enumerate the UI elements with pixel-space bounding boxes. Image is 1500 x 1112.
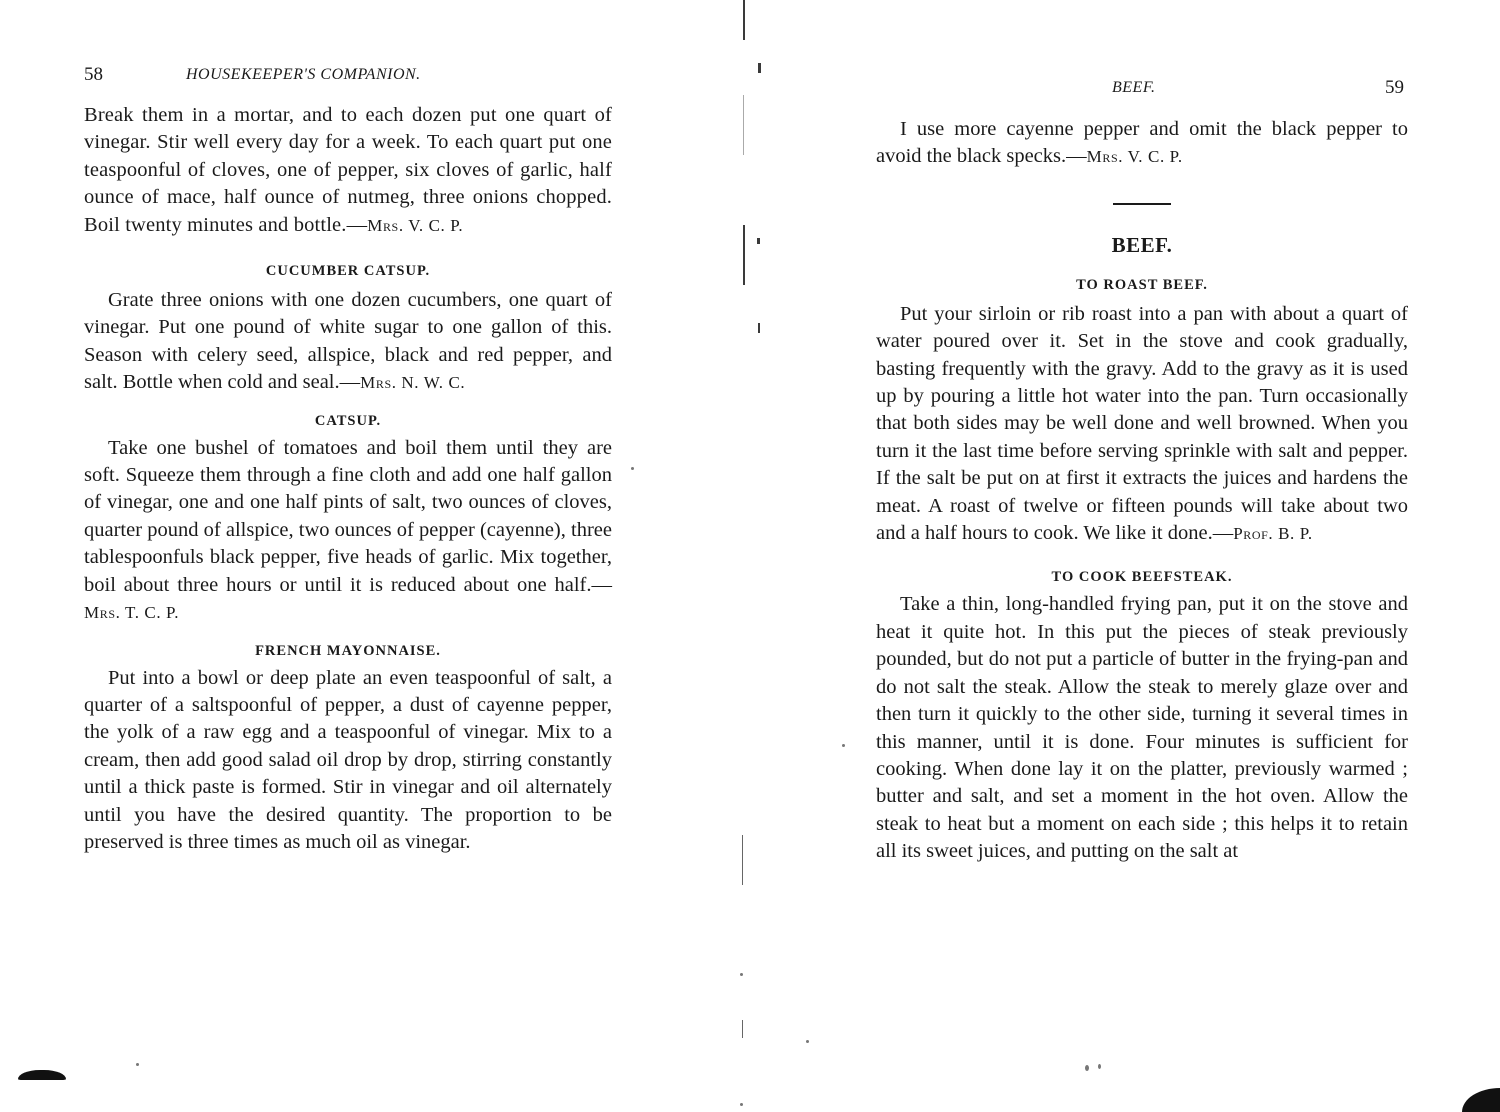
section-title: BEEF. (876, 231, 1408, 259)
recipe-paragraph: Put your sirloin or rib roast into a pan… (876, 301, 1408, 548)
gutter-line-mark (742, 835, 743, 885)
continued-paragraph: I use more cayenne pepper and omit the b… (876, 116, 1408, 171)
recipe-title: Catsup. (84, 411, 612, 431)
scan-speck (136, 1063, 139, 1066)
gutter-line-mark (758, 323, 760, 333)
gutter-line-mark (742, 1020, 743, 1038)
scan-speck (1098, 1064, 1101, 1069)
recipe-title: To Roast Beef. (876, 275, 1408, 295)
paragraph-text: Grate three onions with one dozen cucumb… (84, 289, 612, 393)
scan-speck (806, 1040, 809, 1043)
signature: Mrs. N. W. C. (360, 373, 465, 392)
signature: Mrs. V. C. P. (1087, 147, 1183, 166)
recipe-paragraph: Take a thin, long-handled frying pan, pu… (876, 591, 1408, 865)
paragraph-text: Break them in a mortar, and to each doze… (84, 104, 612, 236)
recipe-title: To Cook Beefsteak. (876, 567, 1408, 587)
page-number: 59 (1385, 76, 1404, 100)
scan-speck (1085, 1065, 1089, 1071)
paragraph-text: Take a thin, long-handled frying pan, pu… (876, 593, 1408, 862)
gutter-line-mark (743, 0, 745, 40)
gutter-line-mark (743, 225, 745, 285)
running-head-title: HOUSEKEEPER'S COMPANION. (186, 63, 421, 87)
running-head: 58 HOUSEKEEPER'S COMPANION. (84, 63, 612, 87)
gutter-line-mark (758, 63, 761, 73)
signature: Prof. B. P. (1233, 524, 1313, 543)
continued-paragraph: Break them in a mortar, and to each doze… (84, 102, 612, 239)
paragraph-text: Take one bushel of tomatoes and boil the… (84, 437, 612, 596)
page-body: I use more cayenne pepper and omit the b… (876, 116, 1408, 866)
scan-speck (631, 467, 634, 470)
recipe-paragraph: Grate three onions with one dozen cucumb… (84, 287, 612, 397)
scan-speck (740, 1103, 743, 1106)
binding-shadow (1462, 1088, 1500, 1112)
gutter-line-mark (757, 238, 760, 244)
recipe-paragraph: Put into a bowl or deep plate an even te… (84, 665, 612, 857)
recipe-title: Cucumber Catsup. (84, 261, 612, 281)
signature: Mrs. T. C. P. (84, 603, 179, 622)
running-head-title: BEEF. (1112, 76, 1156, 100)
binding-shadow (18, 1070, 66, 1080)
page-number: 58 (84, 63, 103, 87)
scan-speck (842, 744, 845, 747)
paragraph-text: Put into a bowl or deep plate an even te… (84, 667, 612, 853)
recipe-title: French Mayonnaise. (84, 641, 612, 661)
signature: Mrs. V. C. P. (367, 216, 463, 235)
gutter-line-mark (743, 95, 744, 155)
page-body: Break them in a mortar, and to each doze… (84, 102, 612, 856)
running-head: BEEF. 59 (876, 76, 1408, 100)
scan-speck (740, 973, 743, 976)
recipe-paragraph: Take one bushel of tomatoes and boil the… (84, 435, 612, 627)
paragraph-text: Put your sirloin or rib roast into a pan… (876, 303, 1408, 544)
